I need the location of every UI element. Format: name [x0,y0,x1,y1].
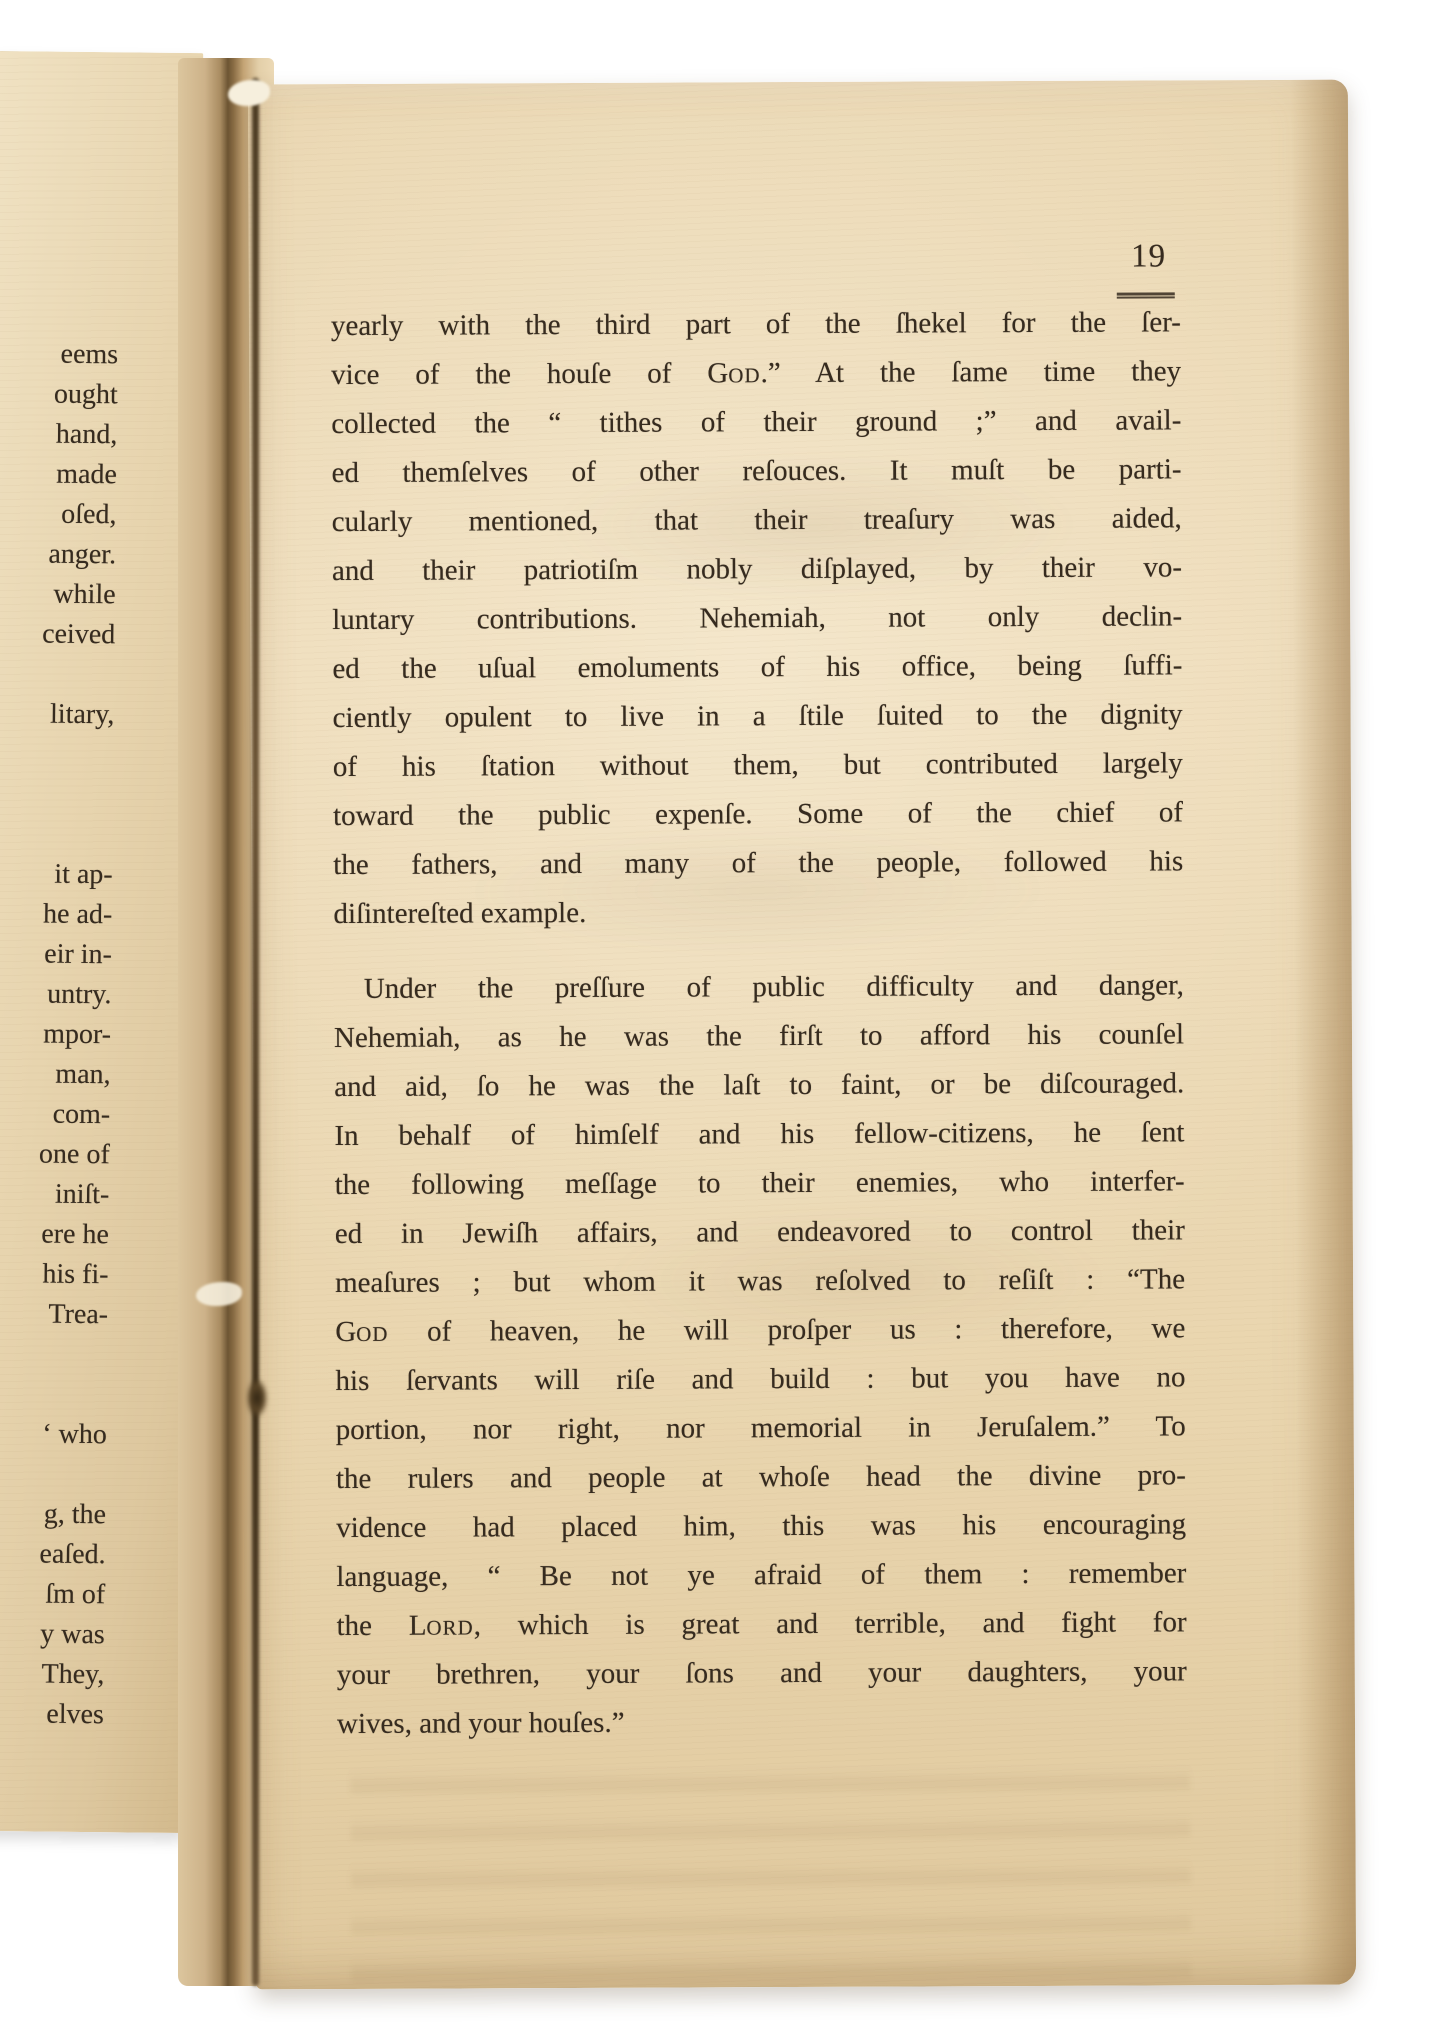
text-run: and their patriotiſm nobly diſplayed, by… [332,551,1182,587]
paragraph: yearly with the third part of the ſhekel… [331,298,1184,939]
text-line: and their patriotiſm nobly diſplayed, by… [332,543,1182,596]
text-run: the [337,1610,409,1642]
left-page-text-fragment: oſed, [0,494,117,535]
left-page-text-fragment: litary, [0,694,115,735]
text-run: In behalf of himſelf and his fellow-citi… [334,1116,1184,1152]
text-line: the fathers, and many of the people, fol… [333,837,1183,890]
left-page-edge: eemsoughthand,madeoſed,anger.whileceived… [0,51,203,1833]
text-line: In behalf of himſelf and his fellow-citi… [334,1108,1184,1161]
text-run: yearly with the third part of the ſhekel… [331,306,1181,342]
left-page-text-fragment [0,1374,107,1415]
left-page-text-fragment: untry. [0,974,112,1015]
text-line: cularly mentioned, that their treaſury w… [332,494,1182,547]
left-page-text-fragment [0,774,114,815]
left-page-text-fragment [0,654,115,695]
text-run: toward the public expenſe. Some of the c… [333,796,1183,832]
text-run: the rulers and people at whoſe head the … [336,1459,1186,1495]
text-line: the following meſſage to their enemies, … [335,1157,1185,1210]
gutter-stain [246,1378,268,1418]
text-line: your brethren, your ſons and your daught… [337,1647,1187,1700]
small-caps-run: OD [356,1322,388,1346]
text-block: yearly with the third part of the ſhekel… [331,298,1187,1749]
text-line: luntary contributions. Nehemiah, not onl… [332,592,1182,645]
text-run: the fathers, and many of the people, fol… [333,845,1183,881]
left-page-text-fragment: iniſt- [0,1174,110,1215]
left-page-text-fragment [0,734,114,775]
left-page-text-fragment: his fi- [0,1254,109,1295]
left-page-text-fragment: y was [0,1614,105,1655]
right-page: 19 yearly with the third part of the ſhe… [248,80,1356,1990]
text-run: your brethren, your ſons and your daught… [337,1655,1187,1691]
text-run: wives, and your houſes.” [337,1707,625,1740]
left-page-text-fragment: ere he [0,1214,109,1255]
text-line: GOD of heaven, he will proſper us : ther… [335,1304,1185,1357]
text-line: vidence had placed him, this was his enc… [336,1500,1186,1553]
text-run: of his ſtation without them, but contrib… [333,747,1183,783]
left-page-text-fragment: ceived [0,614,115,655]
text-line: Under the preſſure of public difficulty … [334,961,1184,1014]
text-line: collected the “ tithes of their ground ;… [331,396,1181,449]
text-run: .” At the ſame time they [760,355,1181,389]
text-line: ed in Jewiſh affairs, and endeavored to … [335,1206,1185,1259]
paragraph: Under the preſſure of public difficulty … [334,961,1187,1749]
left-page-text-fragment [0,1334,108,1375]
left-page-text-fragment: made [0,454,117,495]
text-run: L [409,1610,427,1642]
text-run: ed themſelves of other reſouces. It muſt… [331,453,1181,489]
text-line: yearly with the third part of the ſhekel… [331,298,1181,351]
left-page-text-fragment: he ad- [0,894,112,935]
text-line: the LORD, which is great and terrible, a… [336,1598,1186,1651]
left-page-text-fragment: ‘ who [0,1414,107,1455]
text-line: of his ſtation without them, but contrib… [333,739,1183,792]
left-page-text-fragment: ſm of [0,1574,105,1615]
left-page-text-fragment: They, [0,1654,105,1695]
text-run: Under the preſſure of public difficulty … [364,969,1184,1005]
text-run: ciently opulent to live in a ſtile ſuite… [333,698,1183,734]
text-run: portion, nor right, nor memorial in Jeru… [336,1410,1186,1446]
text-run: G [707,357,728,389]
left-page-fragments: eemsoughthand,madeoſed,anger.whileceived… [0,334,118,1735]
gutter-crease [252,78,259,1986]
left-page-text-fragment: eir in- [0,934,112,975]
text-line: his ſervants will riſe and build : but y… [335,1353,1185,1406]
text-line: wives, and your houſes.” [337,1696,1187,1749]
left-page-text-fragment: g, the [0,1494,106,1535]
text-run: G [335,1316,356,1348]
text-run: diſintereſted example. [333,897,586,930]
text-run: language, “ Be not ye afraid of them : r… [336,1557,1186,1593]
text-line: language, “ Be not ye afraid of them : r… [336,1549,1186,1602]
text-run: luntary contributions. Nehemiah, not onl… [332,600,1182,636]
left-page-text-fragment: eaſed. [0,1534,106,1575]
left-page-text-fragment: Trea- [0,1294,108,1335]
left-page-text-fragment: it ap- [0,854,113,895]
left-page-text-fragment: while [0,574,116,615]
text-line: toward the public expenſe. Some of the c… [333,788,1183,841]
left-page-text-fragment: mpor- [0,1014,111,1055]
text-line: portion, nor right, nor memorial in Jeru… [336,1402,1186,1455]
text-line: vice of the houſe of GOD.” At the ſame t… [331,347,1181,400]
text-line: ciently opulent to live in a ſtile ſuite… [333,690,1183,743]
text-run: his ſervants will riſe and build : but y… [335,1361,1185,1397]
text-run: Nehemiah, as he was the firſt to afford … [334,1018,1184,1054]
text-line: Nehemiah, as he was the firſt to afford … [334,1010,1184,1063]
left-page-text-fragment [0,814,113,855]
text-run: meaſures ; but whom it was reſolved to r… [335,1263,1185,1299]
left-page-text-fragment: com- [0,1094,110,1135]
text-line: the rulers and people at whoſe head the … [336,1451,1186,1504]
text-run: vidence had placed him, this was his enc… [336,1508,1186,1544]
text-run: , which is great and terrible, and fight… [474,1606,1187,1641]
text-run: the following meſſage to their enemies, … [335,1165,1185,1201]
text-run: ed the uſual emoluments of his office, b… [332,649,1182,685]
left-page-text-fragment: one of [0,1134,110,1175]
bleed-through-lines [350,1748,1191,1982]
text-run: of heaven, he will proſper us : therefor… [388,1312,1185,1347]
left-page-text-fragment: anger. [0,534,116,575]
left-page-text-fragment: eems [0,334,118,375]
page-number: 19 [1117,238,1181,275]
small-caps-run: OD [728,363,760,387]
text-line: ed themſelves of other reſouces. It muſt… [331,445,1181,498]
book-photo: eemsoughthand,madeoſed,anger.whileceived… [0,0,1445,2023]
small-caps-run: ORD [426,1615,473,1639]
left-page-text-fragment: man, [0,1054,111,1095]
text-line: diſintereſted example. [333,886,1183,939]
left-page-text-fragment: elves [0,1694,104,1735]
text-line: and aid, ſo he was the laſt to faint, or… [334,1059,1184,1112]
text-line: meaſures ; but whom it was reſolved to r… [335,1255,1185,1308]
text-run: collected the “ tithes of their ground ;… [331,404,1181,440]
left-page-text-fragment [0,1454,107,1495]
text-run: cularly mentioned, that their treaſury w… [332,502,1182,538]
left-page-text-fragment: hand, [0,414,118,455]
text-run: vice of the houſe of [331,357,707,391]
left-page-text-fragment: ought [0,374,118,415]
text-line: ed the uſual emoluments of his office, b… [332,641,1182,694]
text-run: ed in Jewiſh affairs, and endeavored to … [335,1214,1185,1250]
text-run: and aid, ſo he was the laſt to faint, or… [334,1067,1184,1103]
